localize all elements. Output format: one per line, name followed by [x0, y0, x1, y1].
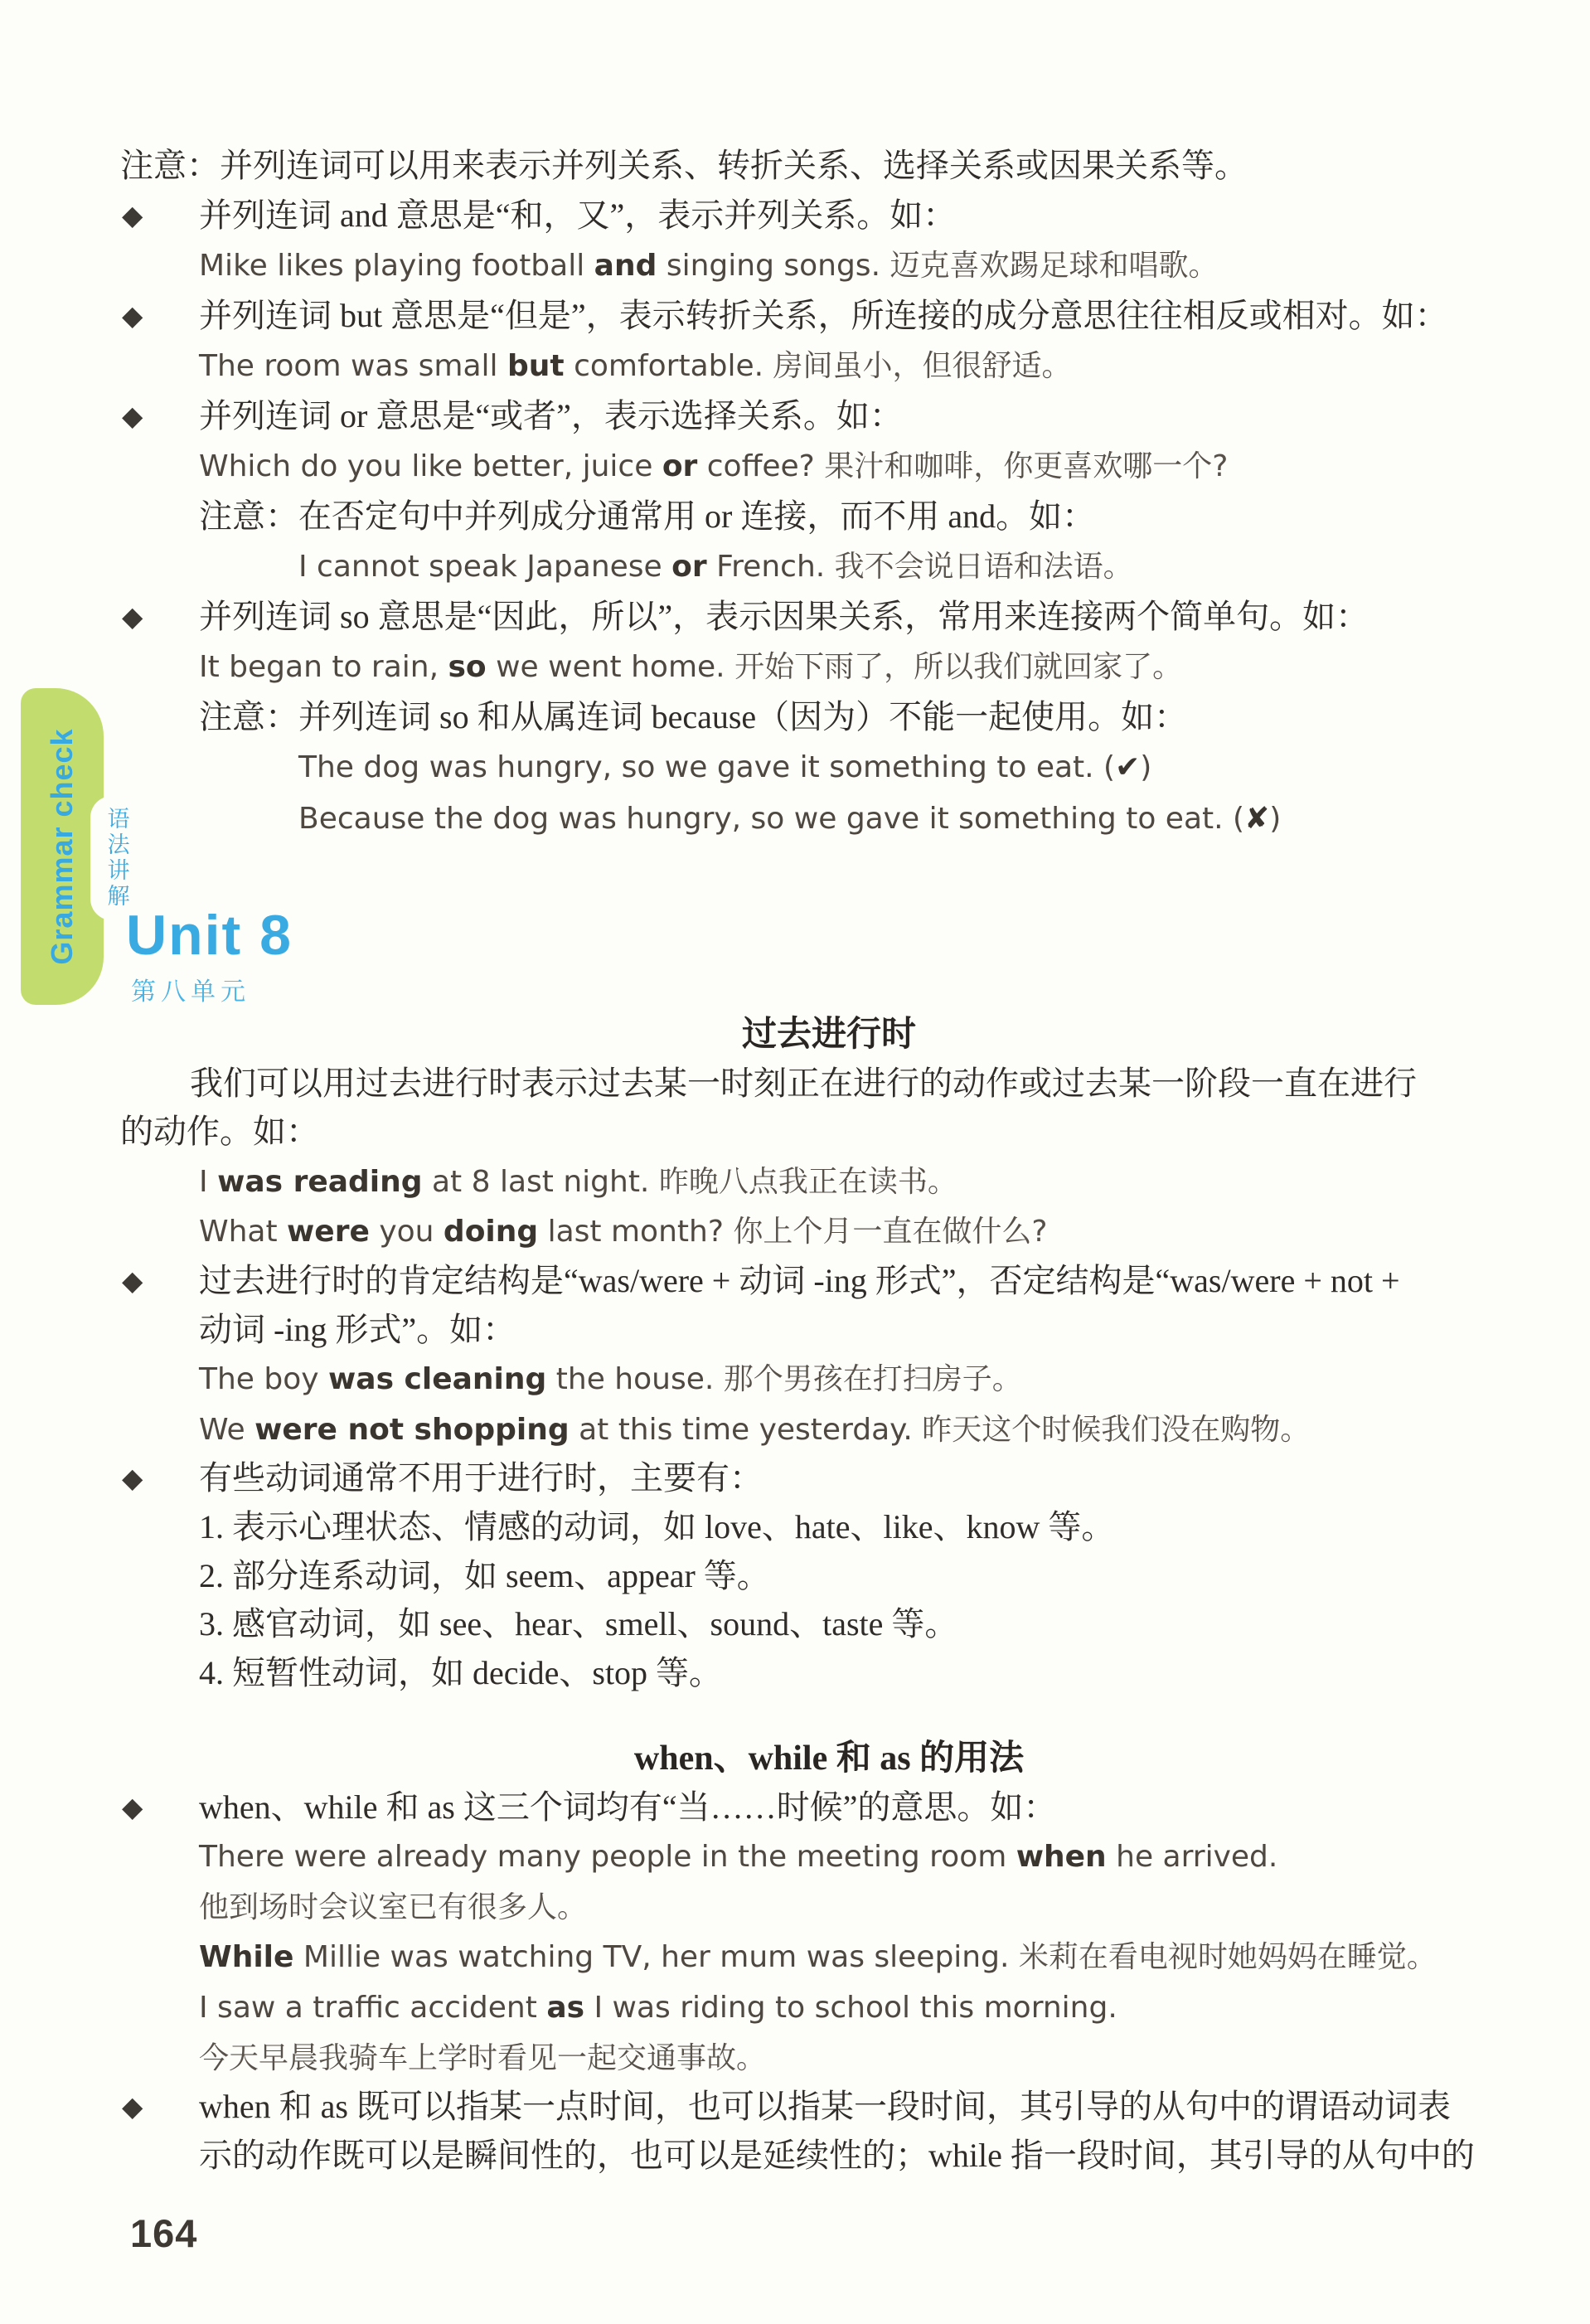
- text-segment: 昨天这个时候我们没在购物。: [922, 1413, 1310, 1447]
- section-when-while-as: when、while 和 as 的用法◆when、while 和 as 这三个词…: [120, 1734, 1538, 2180]
- text-segment: last month?: [538, 1215, 733, 1249]
- paragraph-line: 的动作。如：: [120, 1108, 1538, 1157]
- example-sentence: The room was small but comfortable. 房间虽小…: [120, 340, 1538, 391]
- bullet-point: ◆有些动词通常不用于进行时，主要有：: [120, 1454, 1538, 1503]
- text-segment: 并列连词 but 意思是“但是”，表示转折关系，所连接的成分意思往往相反或相对。…: [199, 297, 1448, 334]
- numbered-item: 2. 部分连系动词，如 seem、appear 等。: [120, 1552, 1538, 1601]
- text-segment: comfortable.: [565, 349, 773, 383]
- nested-example-sentence: I cannot speak Japanese or French. 我不会说日…: [120, 541, 1538, 592]
- unit-header: Unit 8 第八单元: [126, 907, 293, 1007]
- text-segment: The room was small: [199, 349, 507, 383]
- text-segment: were not shopping: [254, 1413, 570, 1447]
- text-segment: 注意：在否定句中并列成分通常用 or 连接，而不用 and。如：: [199, 497, 1095, 535]
- example-sentence: While Millie was watching TV, her mum wa…: [120, 1932, 1538, 1982]
- text-segment: ): [1269, 802, 1281, 836]
- example-sentence: The boy was cleaning the house. 那个男孩在打扫房…: [120, 1354, 1538, 1405]
- text-segment: What: [199, 1215, 287, 1249]
- text-segment: 示的动作既可以是瞬间性的，也可以是延续性的；while 指一段时间，其引导的从句…: [199, 2137, 1475, 2174]
- section-conjunctions: 注意：并列连词可以用来表示并列关系、转折关系、选择关系或因果关系等。◆并列连词 …: [120, 141, 1538, 843]
- section-past-continuous: 过去进行时我们可以用过去进行时表示过去某一时刻正在进行的动作或过去某一阶段一直在…: [120, 1010, 1538, 1697]
- section-heading: 过去进行时: [120, 1010, 1538, 1060]
- bullet-point: ◆并列连词 but 意思是“但是”，表示转折关系，所连接的成分意思往往相反或相对…: [120, 291, 1538, 341]
- text-segment: I saw a traffic accident: [199, 1991, 546, 2025]
- diamond-bullet-icon: ◆: [122, 291, 143, 341]
- text-segment: 果汁和咖啡，你更喜欢哪一个?: [824, 449, 1228, 483]
- text-segment: 动词 -ing 形式”。如：: [199, 1311, 516, 1348]
- continuation-line: 今天早晨我骑车上学时看见一起交通事故。: [120, 2033, 1538, 2084]
- continuation-line: 注意：并列连词 so 和从属连词 because（因为）不能一起使用。如：: [120, 692, 1538, 742]
- example-sentence: There were already many people in the me…: [120, 1832, 1538, 1882]
- text-segment: 过去进行时的肯定结构是“was/were + 动词 -ing 形式”，否定结构是…: [199, 1262, 1400, 1299]
- page-number: 164: [130, 2210, 197, 2256]
- text-segment: when: [1016, 1840, 1107, 1874]
- example-sentence: Which do you like better, juice or coffe…: [120, 440, 1538, 492]
- text-segment: when、while 和 as 这三个词均有“当……时候”的意思。如：: [199, 1788, 1056, 1826]
- text-segment: I was riding to school this morning.: [584, 1991, 1117, 2025]
- text-segment: ✘: [1244, 802, 1269, 836]
- text-segment: The boy: [199, 1362, 328, 1396]
- paragraph-first-line: 我们可以用过去进行时表示过去某一时刻正在进行的动作或过去某一阶段一直在进行: [120, 1060, 1538, 1109]
- unit-title: Unit 8: [126, 907, 293, 964]
- numbered-item: 3. 感官动词，如 see、hear、smell、sound、taste 等。: [120, 1600, 1538, 1649]
- diamond-bullet-icon: ◆: [122, 1257, 143, 1306]
- text-segment: 的动作。如：: [120, 1113, 319, 1150]
- text-segment: ): [1140, 750, 1151, 784]
- numbered-item: 4. 短暂性动词，如 decide、stop 等。: [120, 1649, 1538, 1698]
- text-segment: 并列连词 so 意思是“因此，所以”，表示因果关系，常用来连接两个简单句。如：: [199, 598, 1369, 635]
- continuation-line: 注意：在否定句中并列成分通常用 or 连接，而不用 and。如：: [120, 492, 1538, 541]
- text-segment: singing songs.: [657, 249, 890, 283]
- text-segment: at this time yesterday.: [570, 1413, 923, 1447]
- continuation-line: 示的动作既可以是瞬间性的，也可以是延续性的；while 指一段时间，其引导的从句…: [120, 2132, 1538, 2181]
- text-segment: Mike likes playing football: [199, 249, 594, 283]
- text-segment: when、while: [634, 1739, 836, 1778]
- text-segment: I: [199, 1165, 217, 1199]
- example-sentence: I was reading at 8 last night. 昨晚八点我正在读书…: [120, 1157, 1538, 1207]
- text-segment: was cleaning: [328, 1362, 546, 1396]
- text-segment: 我不会说日语和法语。: [835, 550, 1133, 584]
- text-segment: 迈克喜欢踢足球和唱歌。: [890, 249, 1218, 283]
- example-sentence: I saw a traffic accident as I was riding…: [120, 1982, 1538, 2033]
- text-segment: as: [546, 1991, 584, 2025]
- text-segment: 我们可以用过去进行时表示过去某一时刻正在进行的动作或过去某一阶段一直在进行: [190, 1065, 1417, 1102]
- text-segment: 注意：并列连词可以用来表示并列关系、转折关系、选择关系或因果关系等。: [120, 147, 1248, 184]
- text-segment: 开始下雨了，所以我们就回家了。: [734, 650, 1182, 684]
- text-segment: or: [662, 449, 698, 483]
- text-segment: We: [199, 1413, 254, 1447]
- diamond-bullet-icon: ◆: [122, 2083, 143, 2132]
- note-line: 注意：并列连词可以用来表示并列关系、转折关系、选择关系或因果关系等。: [120, 141, 1538, 191]
- grammar-check-tab: Grammar check 语法讲解: [21, 688, 104, 1005]
- text-segment: and: [594, 249, 657, 283]
- section-heading: when、while 和 as 的用法: [120, 1734, 1538, 1783]
- text-segment: 1. 表示心理状态、情感的动词，如 love、hate、like、know 等。: [199, 1508, 1114, 1545]
- unit-subtitle: 第八单元: [126, 971, 293, 1007]
- bullet-point: ◆过去进行时的肯定结构是“was/were + 动词 -ing 形式”，否定结构…: [120, 1257, 1538, 1306]
- text-segment: 的用法: [919, 1738, 1024, 1777]
- diamond-bullet-icon: ◆: [122, 391, 143, 441]
- bullet-point: ◆并列连词 and 意思是“和，又”，表示并列关系。如：: [120, 191, 1538, 240]
- text-segment: was reading: [217, 1165, 422, 1199]
- example-sentence: We were not shopping at this time yester…: [120, 1405, 1538, 1455]
- text-segment: 4. 短暂性动词，如 decide、stop 等。: [199, 1654, 722, 1691]
- text-segment: Because the dog was hungry, so we gave i…: [298, 802, 1244, 836]
- text-segment: 2. 部分连系动词，如 seem、appear 等。: [199, 1557, 770, 1594]
- text-segment: were: [287, 1215, 370, 1249]
- text-segment: 3. 感官动词，如 see、hear、smell、sound、taste 等。: [199, 1605, 957, 1642]
- text-segment: at 8 last night.: [423, 1165, 659, 1199]
- example-sentence: It began to rain, so we went home. 开始下雨了…: [120, 641, 1538, 692]
- text-segment: but: [507, 349, 565, 383]
- bullet-point: ◆when 和 as 既可以指某一点时间，也可以指某一段时间，其引导的从句中的谓…: [120, 2083, 1538, 2132]
- text-segment: 和: [836, 1738, 871, 1777]
- example-sentence: Mike likes playing football and singing …: [120, 240, 1538, 291]
- nested-example-sentence: Because the dog was hungry, so we gave i…: [120, 793, 1538, 844]
- text-segment: I cannot speak Japanese: [298, 550, 671, 584]
- text-segment: 他到场时会议室已有很多人。: [199, 1890, 587, 1924]
- text-segment: French.: [707, 550, 835, 584]
- tab-label-en: Grammar check: [45, 728, 80, 964]
- text-segment: so: [448, 650, 487, 684]
- text-segment: Millie was watching TV, her mum was slee…: [293, 1940, 1018, 1974]
- text-segment: 房间虽小，但很舒适。: [773, 349, 1072, 383]
- nested-example-sentence: The dog was hungry, so we gave it someth…: [120, 741, 1538, 793]
- text-segment: or: [671, 550, 707, 584]
- text-segment: as: [871, 1739, 919, 1778]
- continuation-line: 动词 -ing 形式”。如：: [120, 1306, 1538, 1355]
- text-segment: There were already many people in the me…: [199, 1840, 1016, 1874]
- numbered-item: 1. 表示心理状态、情感的动词，如 love、hate、like、know 等。: [120, 1503, 1538, 1552]
- bullet-point: ◆并列连词 or 意思是“或者”，表示选择关系。如：: [120, 391, 1538, 441]
- text-segment: you: [370, 1215, 444, 1249]
- text-segment: ✔: [1115, 750, 1140, 784]
- diamond-bullet-icon: ◆: [122, 1783, 143, 1832]
- text-segment: 昨晚八点我正在读书。: [659, 1165, 957, 1199]
- continuation-line: 他到场时会议室已有很多人。: [120, 1882, 1538, 1933]
- diamond-bullet-icon: ◆: [122, 191, 143, 240]
- text-segment: 米莉在看电视时她妈妈在睡觉。: [1019, 1940, 1437, 1974]
- text-segment: the house.: [546, 1362, 723, 1396]
- bullet-point: ◆when、while 和 as 这三个词均有“当……时候”的意思。如：: [120, 1783, 1538, 1832]
- text-segment: 注意：并列连词 so 和从属连词 because（因为）不能一起使用。如：: [199, 698, 1187, 735]
- text-segment: 那个男孩在打扫房子。: [724, 1362, 1022, 1396]
- text-segment: 过去进行时: [742, 1014, 916, 1053]
- text-segment: The dog was hungry, so we gave it someth…: [298, 750, 1115, 784]
- diamond-bullet-icon: ◆: [122, 592, 143, 642]
- text-segment: 你上个月一直在做什么?: [733, 1215, 1047, 1249]
- text-segment: 今天早晨我骑车上学时看见一起交通事故。: [199, 2041, 766, 2075]
- text-segment: when 和 as 既可以指某一点时间，也可以指某一段时间，其引导的从句中的谓语…: [199, 2088, 1451, 2125]
- text-segment: While: [199, 1940, 293, 1974]
- text-segment: we went home.: [487, 650, 734, 684]
- text-segment: 并列连词 or 意思是“或者”，表示选择关系。如：: [199, 397, 903, 434]
- text-segment: coffee?: [697, 449, 824, 483]
- bullet-point: ◆并列连词 so 意思是“因此，所以”，表示因果关系，常用来连接两个简单句。如：: [120, 592, 1538, 642]
- text-segment: It began to rain,: [199, 650, 448, 684]
- text-segment: he arrived.: [1107, 1840, 1278, 1874]
- text-segment: 有些动词通常不用于进行时，主要有：: [199, 1459, 763, 1497]
- text-segment: doing: [444, 1215, 538, 1249]
- text-segment: Which do you like better, juice: [199, 449, 662, 483]
- text-segment: 并列连词 and 意思是“和，又”，表示并列关系。如：: [199, 196, 956, 234]
- diamond-bullet-icon: ◆: [122, 1454, 143, 1503]
- example-sentence: What were you doing last month? 你上个月一直在做…: [120, 1206, 1538, 1257]
